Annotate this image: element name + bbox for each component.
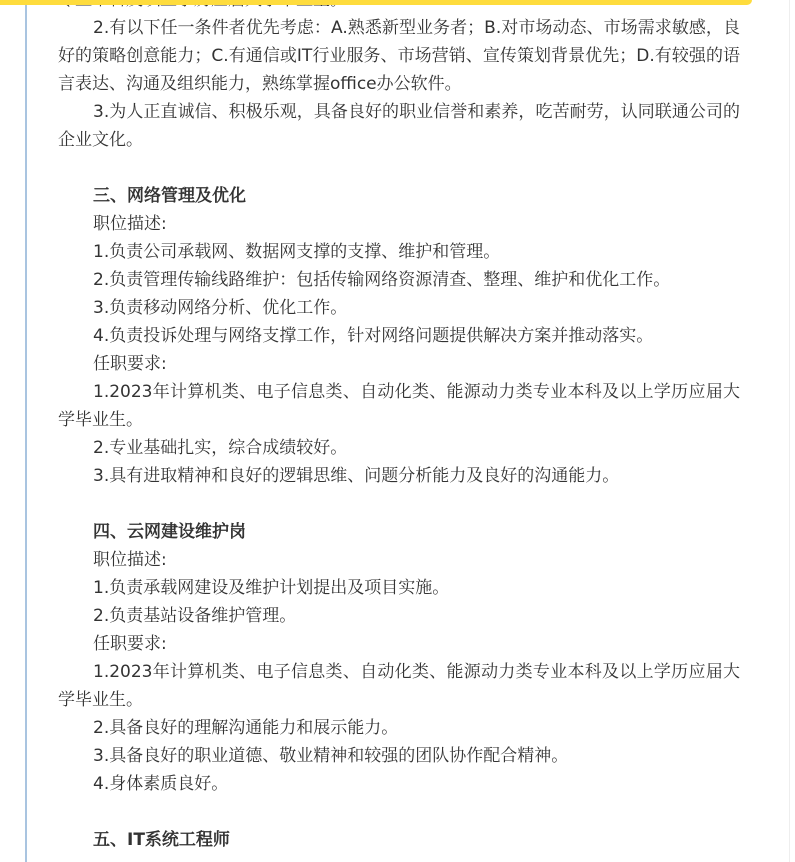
- spacer: [58, 490, 740, 518]
- left-border-rule: [25, 0, 27, 862]
- right-border-rule: [789, 0, 790, 862]
- paragraph-requirement-2: 2.有以下任一条件者优先考虑：A.熟悉新型业务者；B.对市场动态、市场需求敏感，…: [58, 14, 740, 98]
- requirement-item: 2.专业基础扎实，综合成绩较好。: [58, 434, 740, 462]
- requirement-item: 1.2023年计算机类、电子信息类、自动化类、能源动力类专业本科及以上学历应届大…: [58, 658, 740, 714]
- description-item: 3.负责移动网络分析、优化工作。: [58, 294, 740, 322]
- description-item: 4.负责投诉处理与网络支撑工作，针对网络问题提供解决方案并推动落实。: [58, 322, 740, 350]
- requirement-item: 1.2023年计算机类、电子信息类、自动化类、能源动力类专业本科及以上学历应届大…: [58, 378, 740, 434]
- description-item: 1.负责公司承载网、数据网支撑的支撑、维护和管理。: [58, 238, 740, 266]
- job-description-label: 职位描述:: [58, 210, 740, 238]
- section-title: 五、IT系统工程师: [58, 826, 740, 854]
- description-item: 1.负责承载网建设及维护计划提出及项目实施。: [58, 574, 740, 602]
- requirement-item: 4.身体素质良好。: [58, 770, 740, 798]
- requirement-item: 3.具有进取精神和良好的逻辑思维、问题分析能力及良好的沟通能力。: [58, 462, 740, 490]
- description-item: 2.负责管理传输线路维护：包括传输网络资源清查、整理、维护和优化工作。: [58, 266, 740, 294]
- spacer: [58, 798, 740, 826]
- job-description-label: 职位描述:: [58, 546, 740, 574]
- section-title: 三、网络管理及优化: [58, 182, 740, 210]
- spacer: [58, 154, 740, 182]
- requirements-label: 任职要求:: [58, 350, 740, 378]
- requirements-label: 任职要求:: [58, 630, 740, 658]
- requirement-item: 2.具备良好的理解沟通能力和展示能力。: [58, 714, 740, 742]
- requirement-item: 3.具备良好的职业道德、敬业精神和较强的团队协作配合精神。: [58, 742, 740, 770]
- section-it-system-engineer: 五、IT系统工程师: [58, 826, 740, 854]
- top-notification-banner: [0, 0, 752, 5]
- section-title: 四、云网建设维护岗: [58, 518, 740, 546]
- section-cloud-network-maintenance: 四、云网建设维护岗 职位描述: 1.负责承载网建设及维护计划提出及项目实施。 2…: [58, 518, 740, 798]
- article-body: 专业本科及以上学历应届大学毕业生。 2.有以下任一条件者优先考虑：A.熟悉新型业…: [58, 0, 740, 854]
- description-item: 2.负责基站设备维护管理。: [58, 602, 740, 630]
- paragraph-requirement-3: 3.为人正直诚信、积极乐观，具备良好的职业信誉和素养，吃苦耐劳，认同联通公司的企…: [58, 98, 740, 154]
- section-network-management: 三、网络管理及优化 职位描述: 1.负责公司承载网、数据网支撑的支撑、维护和管理…: [58, 182, 740, 490]
